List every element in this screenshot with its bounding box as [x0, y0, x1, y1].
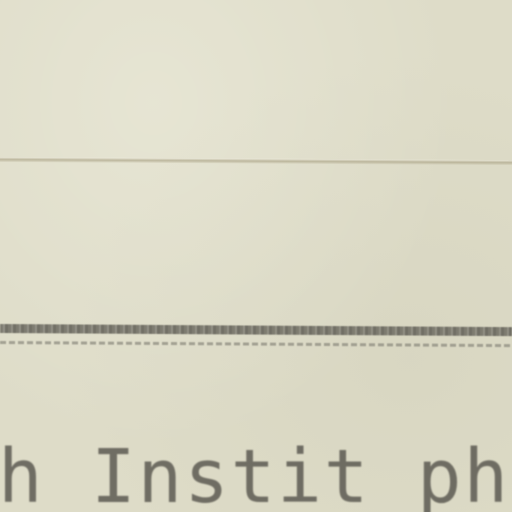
typed-heavy-rule — [0, 324, 512, 336]
paper-fold-crease — [0, 157, 512, 165]
typed-text-line: h Instit ph — [0, 440, 512, 512]
typed-light-rule — [0, 341, 512, 347]
